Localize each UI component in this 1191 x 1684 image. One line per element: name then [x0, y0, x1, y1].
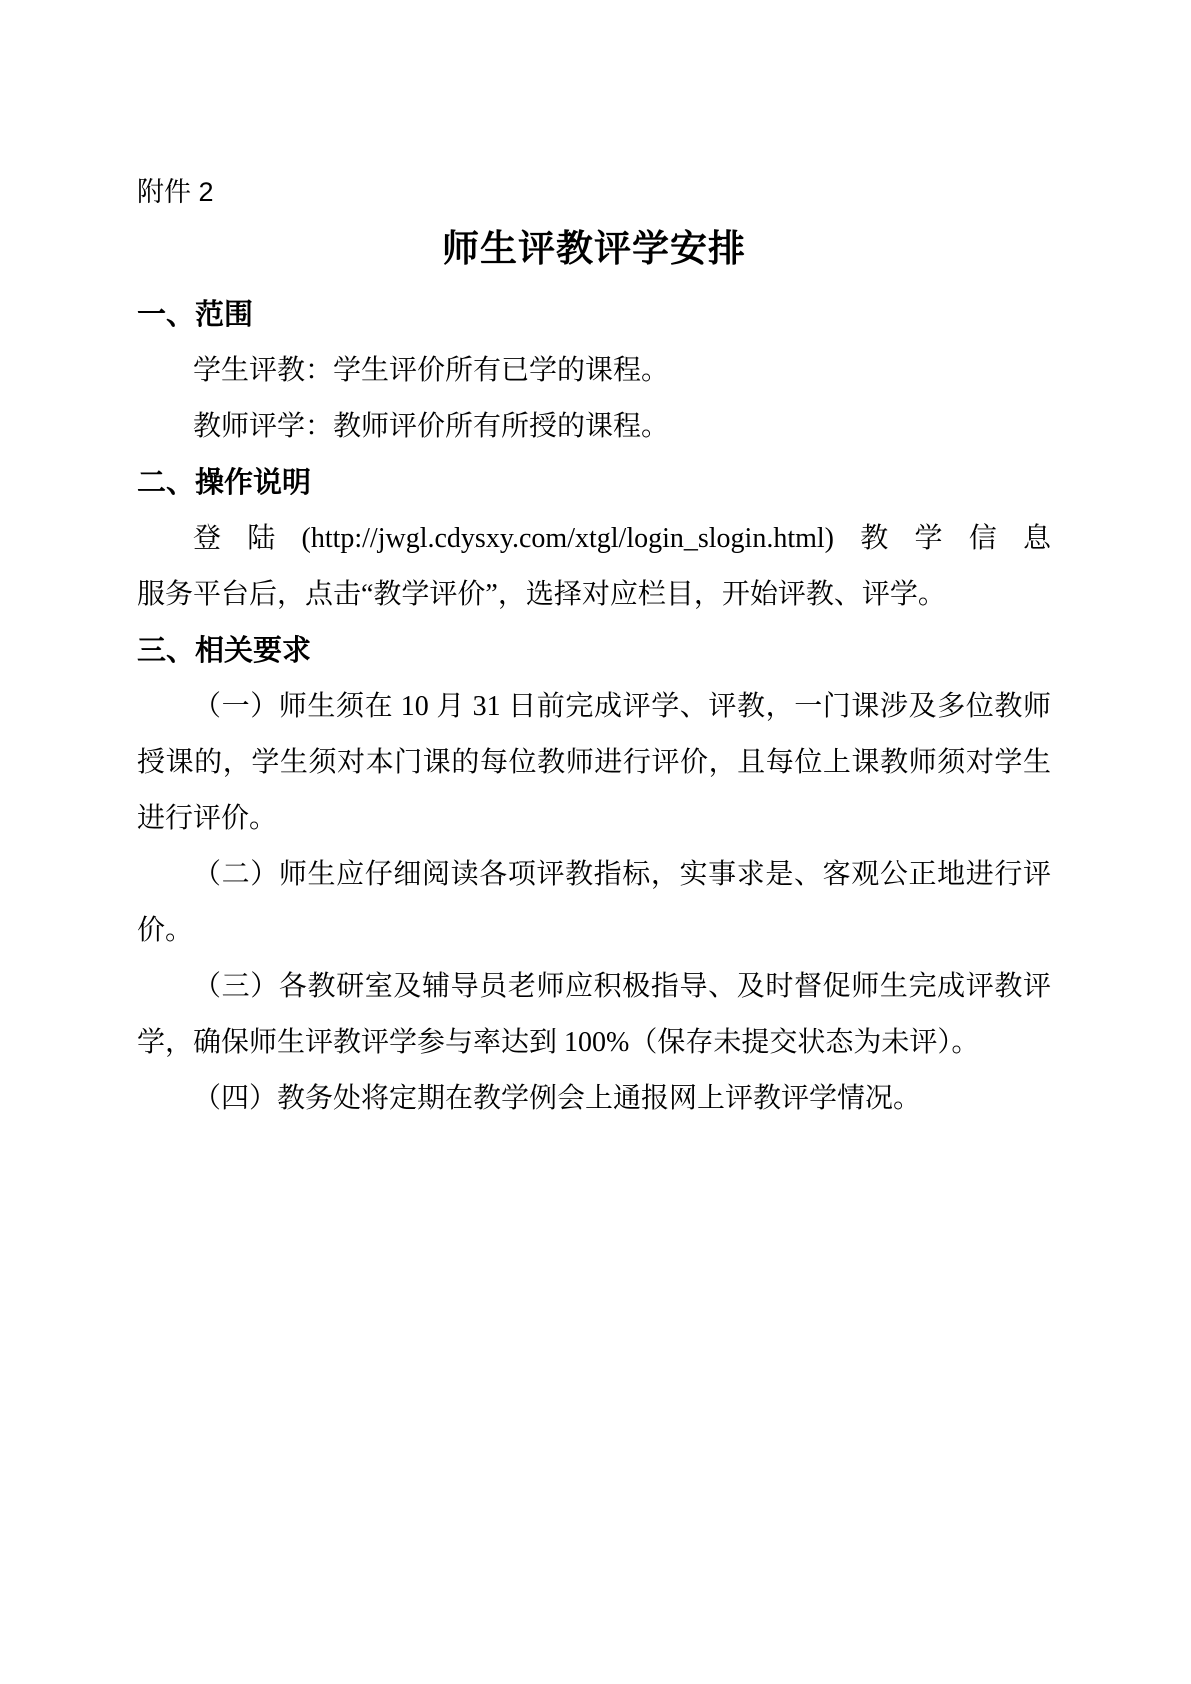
document-page: 附件 2 师生评教评学安排 一、范围 学生评教：学生评价所有已学的课程。 教师评…: [0, 0, 1191, 1684]
section-heading-requirements: 三、相关要求: [137, 623, 1051, 679]
section-heading-scope: 一、范围: [137, 287, 1051, 343]
body-line: 教师评学：教师评价所有所授的课程。: [137, 399, 1051, 455]
body-line: 学，确保师生评教评学参与率达到 100%（保存未提交状态为未评）。: [137, 1015, 1051, 1071]
body-line: 价。: [137, 903, 1051, 959]
body-line: （三）各教研室及辅导员老师应积极指导、及时督促师生完成评教评: [137, 959, 1051, 1015]
section-heading-steps: 二、操作说明: [137, 455, 1051, 511]
body-line: 进行评价。: [137, 791, 1051, 847]
body-line: （四）教务处将定期在教学例会上通报网上评教评学情况。: [137, 1071, 1051, 1127]
body-line: （一）师生须在 10 月 31 日前完成评学、评教，一门课涉及多位教师: [137, 679, 1051, 735]
body-line-with-url: 登陆(http://jwgl.cdysxy.com/xtgl/login_slo…: [137, 511, 1051, 567]
body-line: （二）师生应仔细阅读各项评教指标，实事求是、客观公正地进行评: [137, 847, 1051, 903]
body-line: 服务平台后，点击“教学评价”，选择对应栏目，开始评教、评学。: [137, 567, 1051, 623]
body-line: 授课的，学生须对本门课的每位教师进行评价，且每位上课教师须对学生: [137, 735, 1051, 791]
page-title: 师生评教评学安排: [137, 222, 1051, 278]
document-content: 附件 2 师生评教评学安排 一、范围 学生评教：学生评价所有已学的课程。 教师评…: [0, 172, 1191, 1127]
attachment-label: 附件 2: [137, 172, 1051, 212]
body-line: 学生评教：学生评价所有已学的课程。: [137, 343, 1051, 399]
document-body: 一、范围 学生评教：学生评价所有已学的课程。 教师评学：教师评价所有所授的课程。…: [137, 287, 1051, 1127]
